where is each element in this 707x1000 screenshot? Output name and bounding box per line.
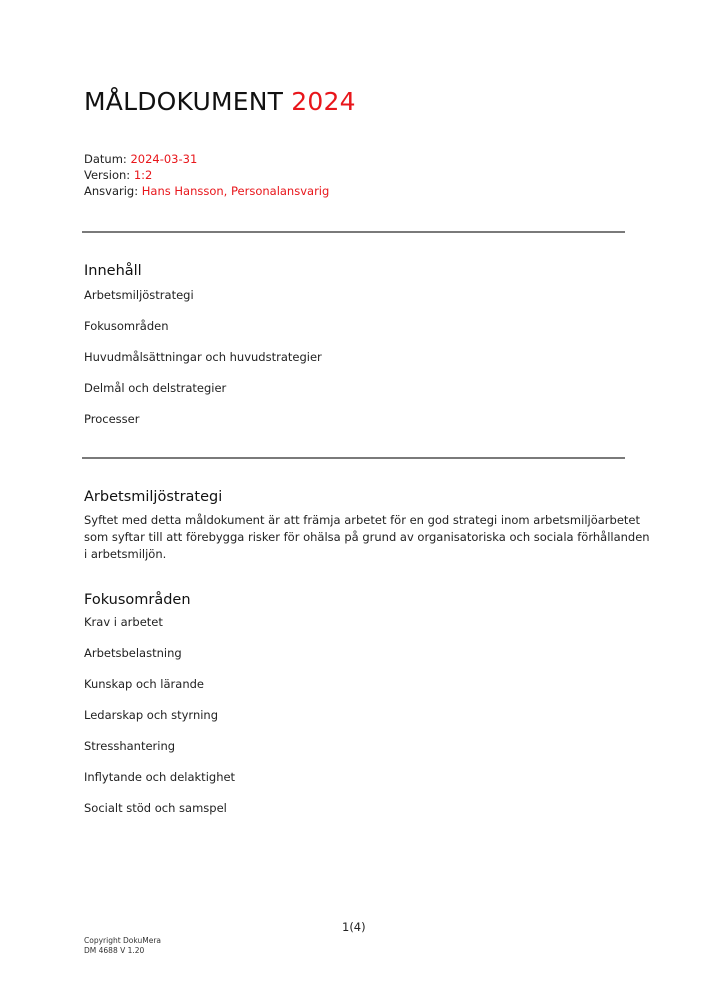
toc-item[interactable]: Arbetsmiljöstrategi [84,288,322,319]
toc-list: Arbetsmiljöstrategi Fokusområden Huvudmå… [84,288,322,443]
divider [82,231,625,233]
meta-date-value: 2024-03-31 [130,152,197,166]
focus-area-item: Ledarskap och styrning [84,708,235,739]
strategy-heading: Arbetsmiljöstrategi [84,488,222,506]
footer-doc-id: DM 4688 V 1.20 [84,946,161,956]
focus-area-item: Socialt stöd och samspel [84,801,235,832]
document-meta: Datum: 2024-03-31 Version: 1:2 Ansvarig:… [84,151,329,199]
strategy-body-line: i arbetsmiljön. [84,546,629,563]
title-main: MÅLDOKUMENT [84,87,283,116]
divider [82,457,625,459]
toc-heading: Innehåll [84,262,142,280]
footer-copyright: Copyright DokuMera [84,936,161,946]
focus-area-item: Stresshantering [84,739,235,770]
focus-areas-list: Krav i arbetet Arbetsbelastning Kunskap … [84,615,235,832]
meta-date: Datum: 2024-03-31 [84,151,329,167]
focus-area-item: Arbetsbelastning [84,646,235,677]
footer: Copyright DokuMera DM 4688 V 1.20 [84,936,161,956]
meta-responsible-label: Ansvarig: [84,184,138,198]
meta-responsible-value: Hans Hansson, Personalansvarig [142,184,330,198]
document-page: MÅLDOKUMENT 2024 Datum: 2024-03-31 Versi… [0,0,707,1000]
strategy-body-line: som syftar till att förebygga risker för… [84,529,629,546]
focus-area-item: Inflytande och delaktighet [84,770,235,801]
meta-date-label: Datum: [84,152,127,166]
title-year: 2024 [291,87,355,116]
toc-item[interactable]: Delmål och delstrategier [84,381,322,412]
meta-version-label: Version: [84,168,130,182]
meta-version: Version: 1:2 [84,167,329,183]
toc-item[interactable]: Fokusområden [84,319,322,350]
strategy-body: Syftet med detta måldokument är att främ… [84,512,629,563]
focus-areas-heading: Fokusområden [84,591,191,609]
toc-item[interactable]: Huvudmålsättningar och huvudstrategier [84,350,322,381]
focus-area-item: Krav i arbetet [84,615,235,646]
focus-area-item: Kunskap och lärande [84,677,235,708]
meta-version-value: 1:2 [134,168,153,182]
strategy-body-line: Syftet med detta måldokument är att främ… [84,512,629,529]
document-title: MÅLDOKUMENT 2024 [84,86,356,118]
meta-responsible: Ansvarig: Hans Hansson, Personalansvarig [84,183,329,199]
page-number: 1(4) [342,920,366,934]
toc-item[interactable]: Processer [84,412,322,443]
